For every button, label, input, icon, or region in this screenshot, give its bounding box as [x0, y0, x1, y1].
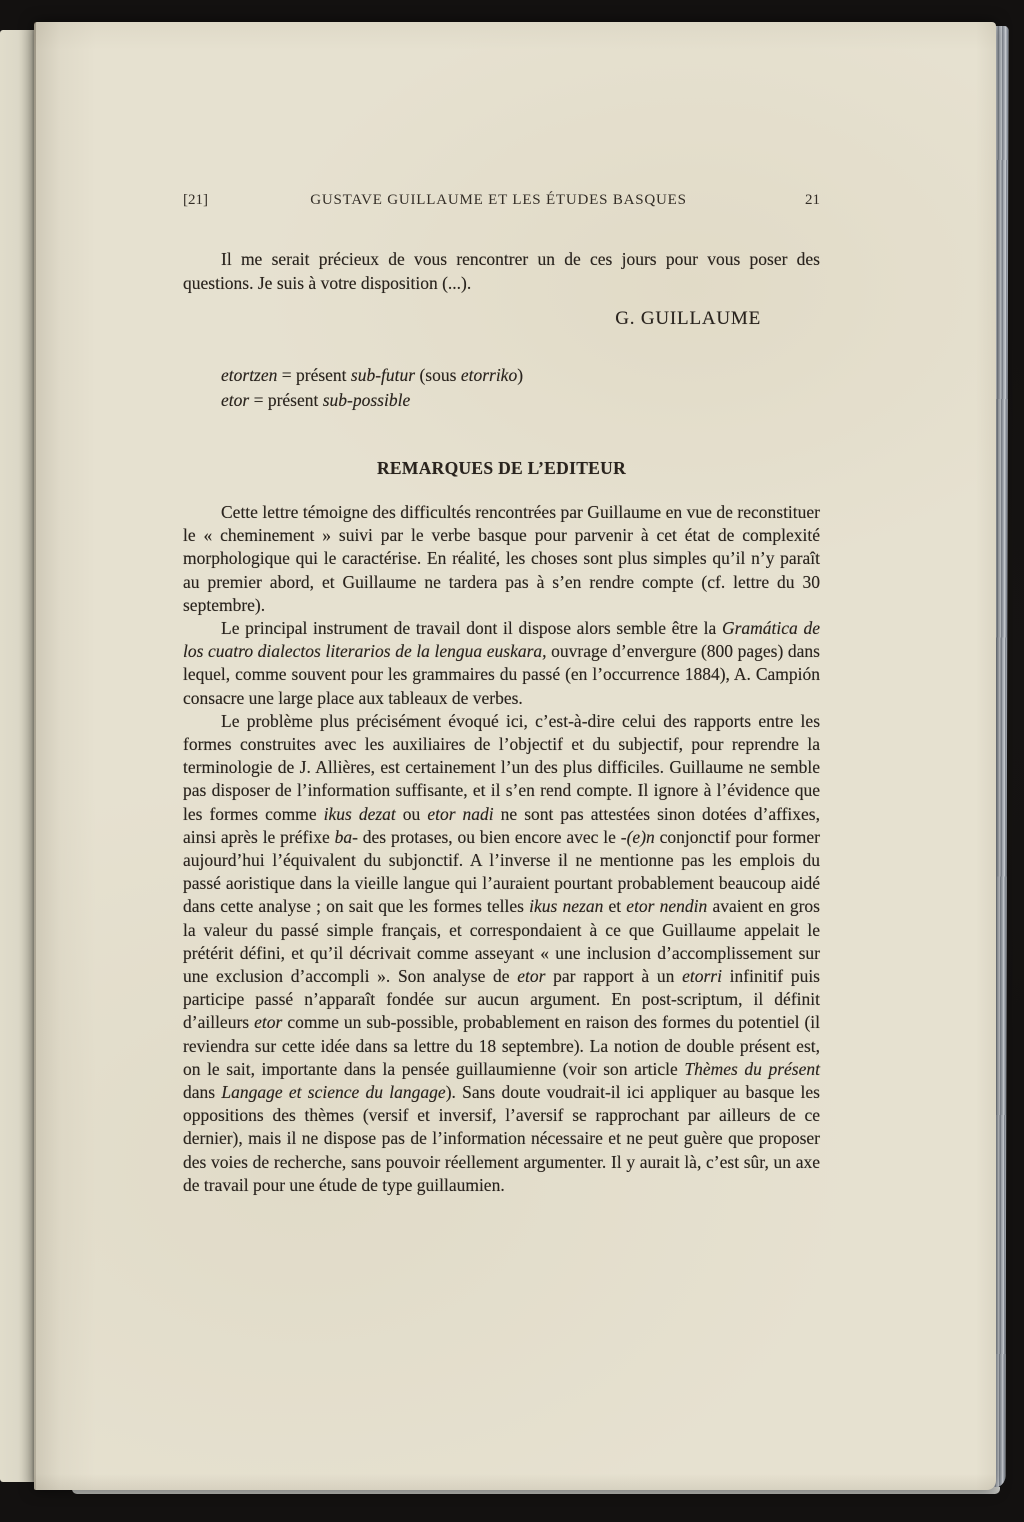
- text-run: Il me serait précieux de vous rencontrer…: [183, 249, 820, 293]
- text-run: et: [603, 896, 626, 916]
- italic-run: etor: [254, 1012, 282, 1032]
- italic-run: Thèmes du présent: [684, 1059, 820, 1079]
- letter-excerpt: Il me serait précieux de vous rencontrer…: [183, 248, 820, 295]
- paragraph: Le principal instrument de travail dont …: [183, 617, 820, 710]
- text-run: Le principal instrument de travail dont …: [221, 618, 722, 638]
- italic-run: -(e)n: [621, 827, 655, 847]
- running-title: GUSTAVE GUILLAUME ET LES ÉTUDES BASQUES: [183, 192, 814, 209]
- text-run: Cette lettre témoigne des difficultés re…: [183, 502, 820, 615]
- italic-run: etor nendin: [626, 896, 707, 916]
- text-run: des protases, ou bien encore avec le: [358, 827, 621, 847]
- italic-run: sub-futur: [351, 365, 415, 385]
- editor-remarks: Cette lettre témoigne des difficultés re…: [183, 501, 820, 1197]
- italic-run: Langage et science du langage: [221, 1082, 445, 1102]
- adjacent-page-edge: [0, 30, 34, 1482]
- definition-line: etor = présent sub-possible: [221, 388, 781, 413]
- book-scan-scene: [21] GUSTAVE GUILLAUME ET LES ÉTUDES BAS…: [0, 0, 1024, 1522]
- text-run: (sous: [415, 365, 461, 385]
- italic-run: etor: [221, 390, 249, 410]
- book-page: [21] GUSTAVE GUILLAUME ET LES ÉTUDES BAS…: [34, 22, 996, 1490]
- italic-run: sub-possible: [323, 390, 411, 410]
- italic-run: etor: [517, 966, 545, 986]
- text-run: dans: [183, 1082, 221, 1102]
- definition-line: etortzen = présent sub-futur (sous etorr…: [221, 363, 781, 388]
- italic-run: etorri: [682, 966, 722, 986]
- running-header: [21] GUSTAVE GUILLAUME ET LES ÉTUDES BAS…: [183, 192, 820, 209]
- text-run: ): [517, 365, 523, 385]
- text-run: par rapport à un: [545, 966, 682, 986]
- gutter-crease: [34, 22, 36, 1490]
- italic-run: etor nadi: [427, 804, 493, 824]
- definitions-block: etortzen = présent sub-futur (sous etorr…: [221, 363, 781, 414]
- text-run: ou: [396, 804, 428, 824]
- italic-run: ikus dezat: [324, 804, 396, 824]
- italic-run: etorriko: [461, 365, 517, 385]
- section-heading: REMARQUES DE L’EDITEUR: [183, 458, 820, 479]
- text-run: = présent: [277, 365, 351, 385]
- letter-signature: G. GUILLAUME: [183, 308, 820, 330]
- italic-run: etortzen: [221, 365, 277, 385]
- italic-run: ba-: [335, 827, 358, 847]
- paragraph: Le problème plus précisément évoqué ici,…: [183, 710, 820, 1197]
- text-run: = présent: [249, 390, 323, 410]
- italic-run: ikus nezan: [529, 896, 603, 916]
- paragraph: Cette lettre témoigne des difficultés re…: [183, 501, 820, 617]
